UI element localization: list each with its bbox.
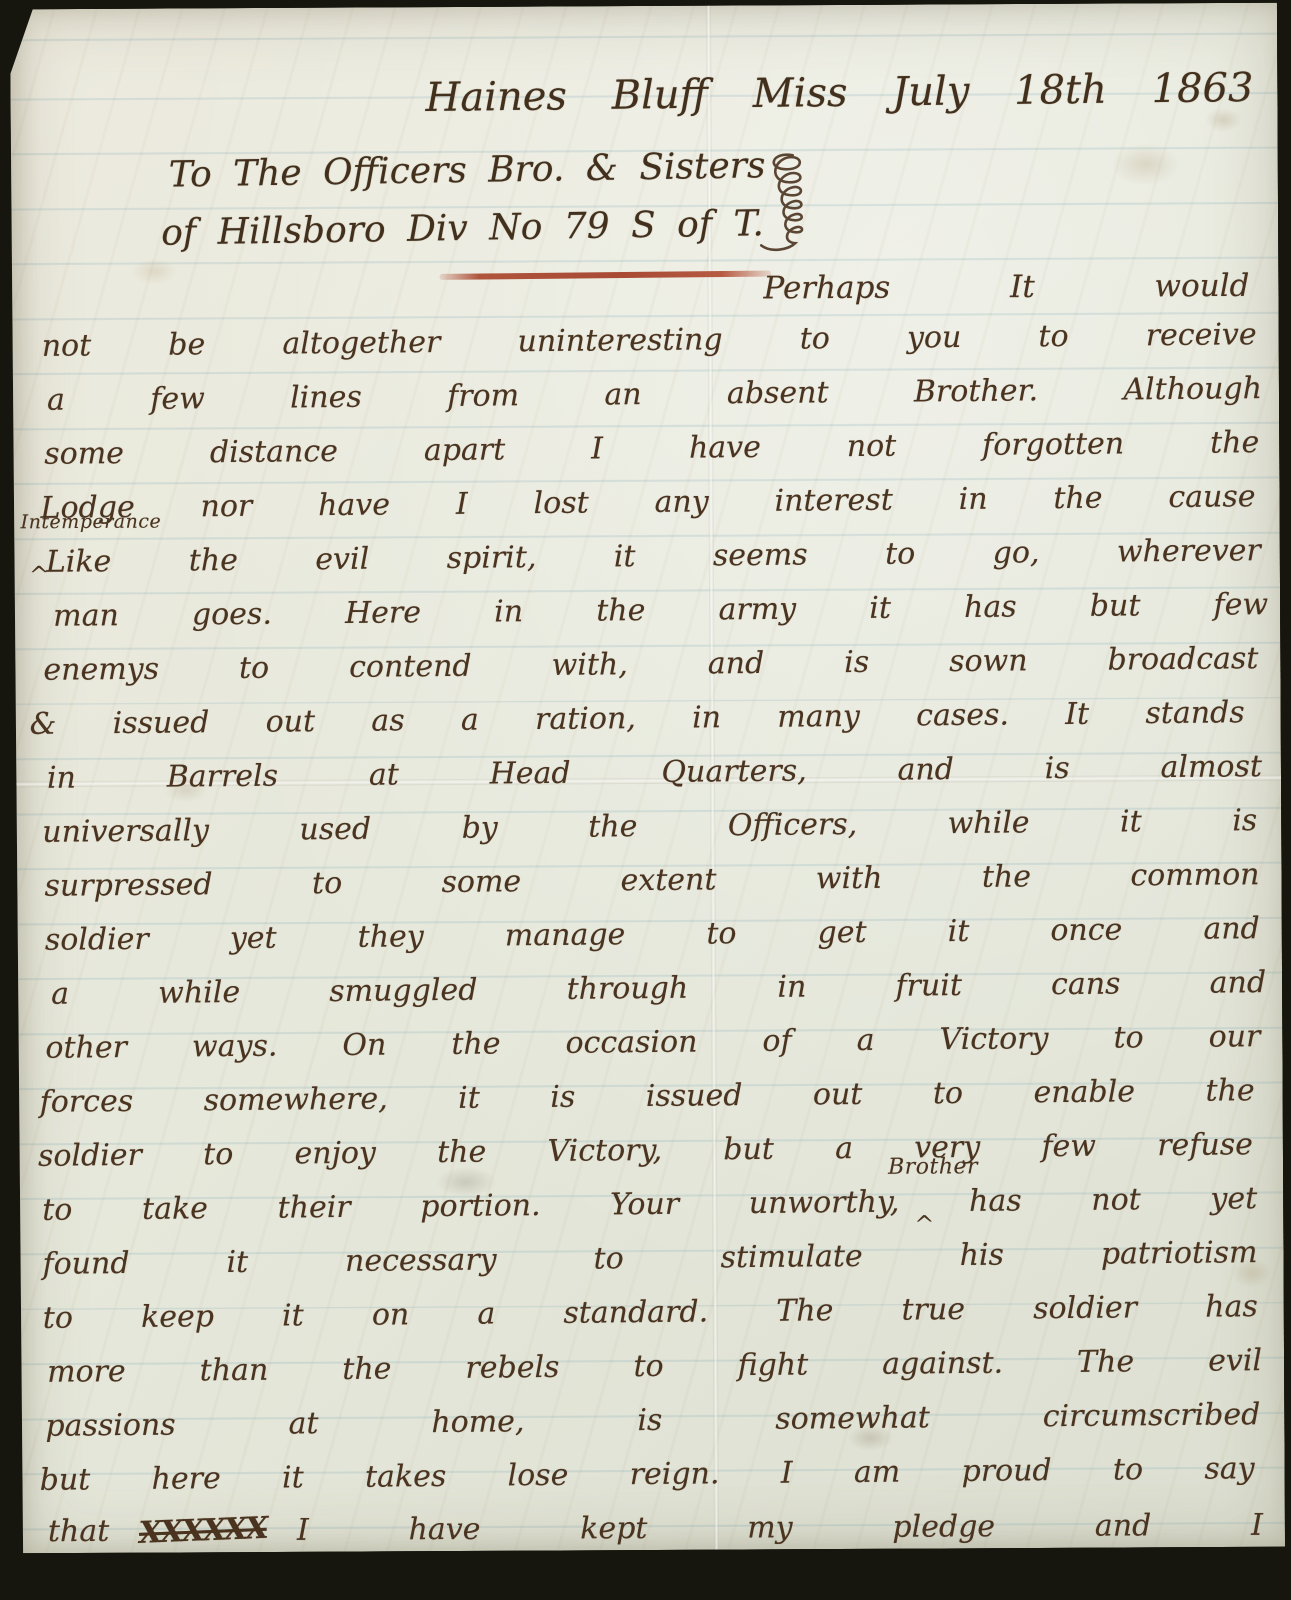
final-line-prefix: that	[48, 1515, 110, 1548]
letter-line-final: that XXXXXX I have kept my pledge and I	[48, 1509, 1263, 1548]
letter-line: soldier to enjoy the Victory, but a very…	[38, 1128, 1253, 1173]
letter-line: more than the rebels to fight against. T…	[47, 1344, 1262, 1389]
insertion-brother: Brother	[888, 1154, 978, 1179]
caret-mark: ^	[914, 1211, 934, 1239]
flourish-coil-icon	[753, 149, 812, 257]
letter-line: universally used by the Officers, while …	[42, 804, 1257, 849]
letter-line: in Barrels at Head Quarters, and is almo…	[47, 750, 1262, 795]
letter-line: soldier yet they manage to get it once a…	[45, 912, 1260, 957]
letter-line: enemys to contend with, and is sown broa…	[43, 642, 1258, 687]
letter-line: to keep it on a standard. The true soldi…	[43, 1290, 1258, 1335]
letter-line: passions at home, is somewhat circumscri…	[45, 1398, 1260, 1443]
opening-fragment: Perhaps It would	[763, 269, 1249, 306]
letter-line: to take their portion. Your unworthy, ha…	[42, 1182, 1257, 1227]
caret-mark: ^	[29, 561, 49, 589]
letter-line: Like the evil spirit, it seems to go, wh…	[46, 534, 1261, 579]
letter-line: some distance apart I have not forgotten…	[44, 426, 1259, 471]
paper-stain	[131, 258, 177, 284]
letter-line: a few lines from an absent Brother. Alth…	[47, 372, 1262, 417]
letter-line: a while smuggled through in fruit cans a…	[51, 966, 1266, 1011]
letter-line: & issued out as a ration, in many cases.…	[30, 696, 1245, 741]
address-line-2: of Hillsboro Div No 79 S of T.	[161, 204, 764, 253]
struck-out-word: XXXXXX	[139, 1512, 268, 1550]
letter-sheet: Haines Bluff Miss July 18th 1863 To The …	[10, 3, 1285, 1554]
final-line-suffix: I have kept my pledge and I	[297, 1509, 1263, 1547]
insertion-intemperance: Intemperance	[21, 511, 162, 534]
letter-line: man goes. Here in the army it has but fe…	[53, 588, 1268, 633]
red-underline-rule	[439, 270, 771, 279]
letter-line: found it necessary to stimulate his patr…	[42, 1236, 1257, 1281]
letter-line: but here it takes lose reign. I am proud…	[40, 1452, 1255, 1497]
letter-line: forces somewhere, it is issued out to en…	[40, 1074, 1255, 1119]
letter-line: other ways. On the occasion of a Victory…	[45, 1020, 1260, 1065]
dateline: Haines Bluff Miss July 18th 1863	[425, 66, 1253, 120]
address-line-1: To The Officers Bro. & Sisters	[169, 146, 766, 195]
letter-line: surpressed to some extent with the commo…	[44, 858, 1259, 903]
letter-line: Lodge nor have I lost any interest in th…	[40, 480, 1255, 525]
paper-stain	[1111, 143, 1181, 185]
letter-line: not be altogether uninteresting to you t…	[42, 318, 1257, 363]
paper-stain	[1205, 108, 1241, 132]
